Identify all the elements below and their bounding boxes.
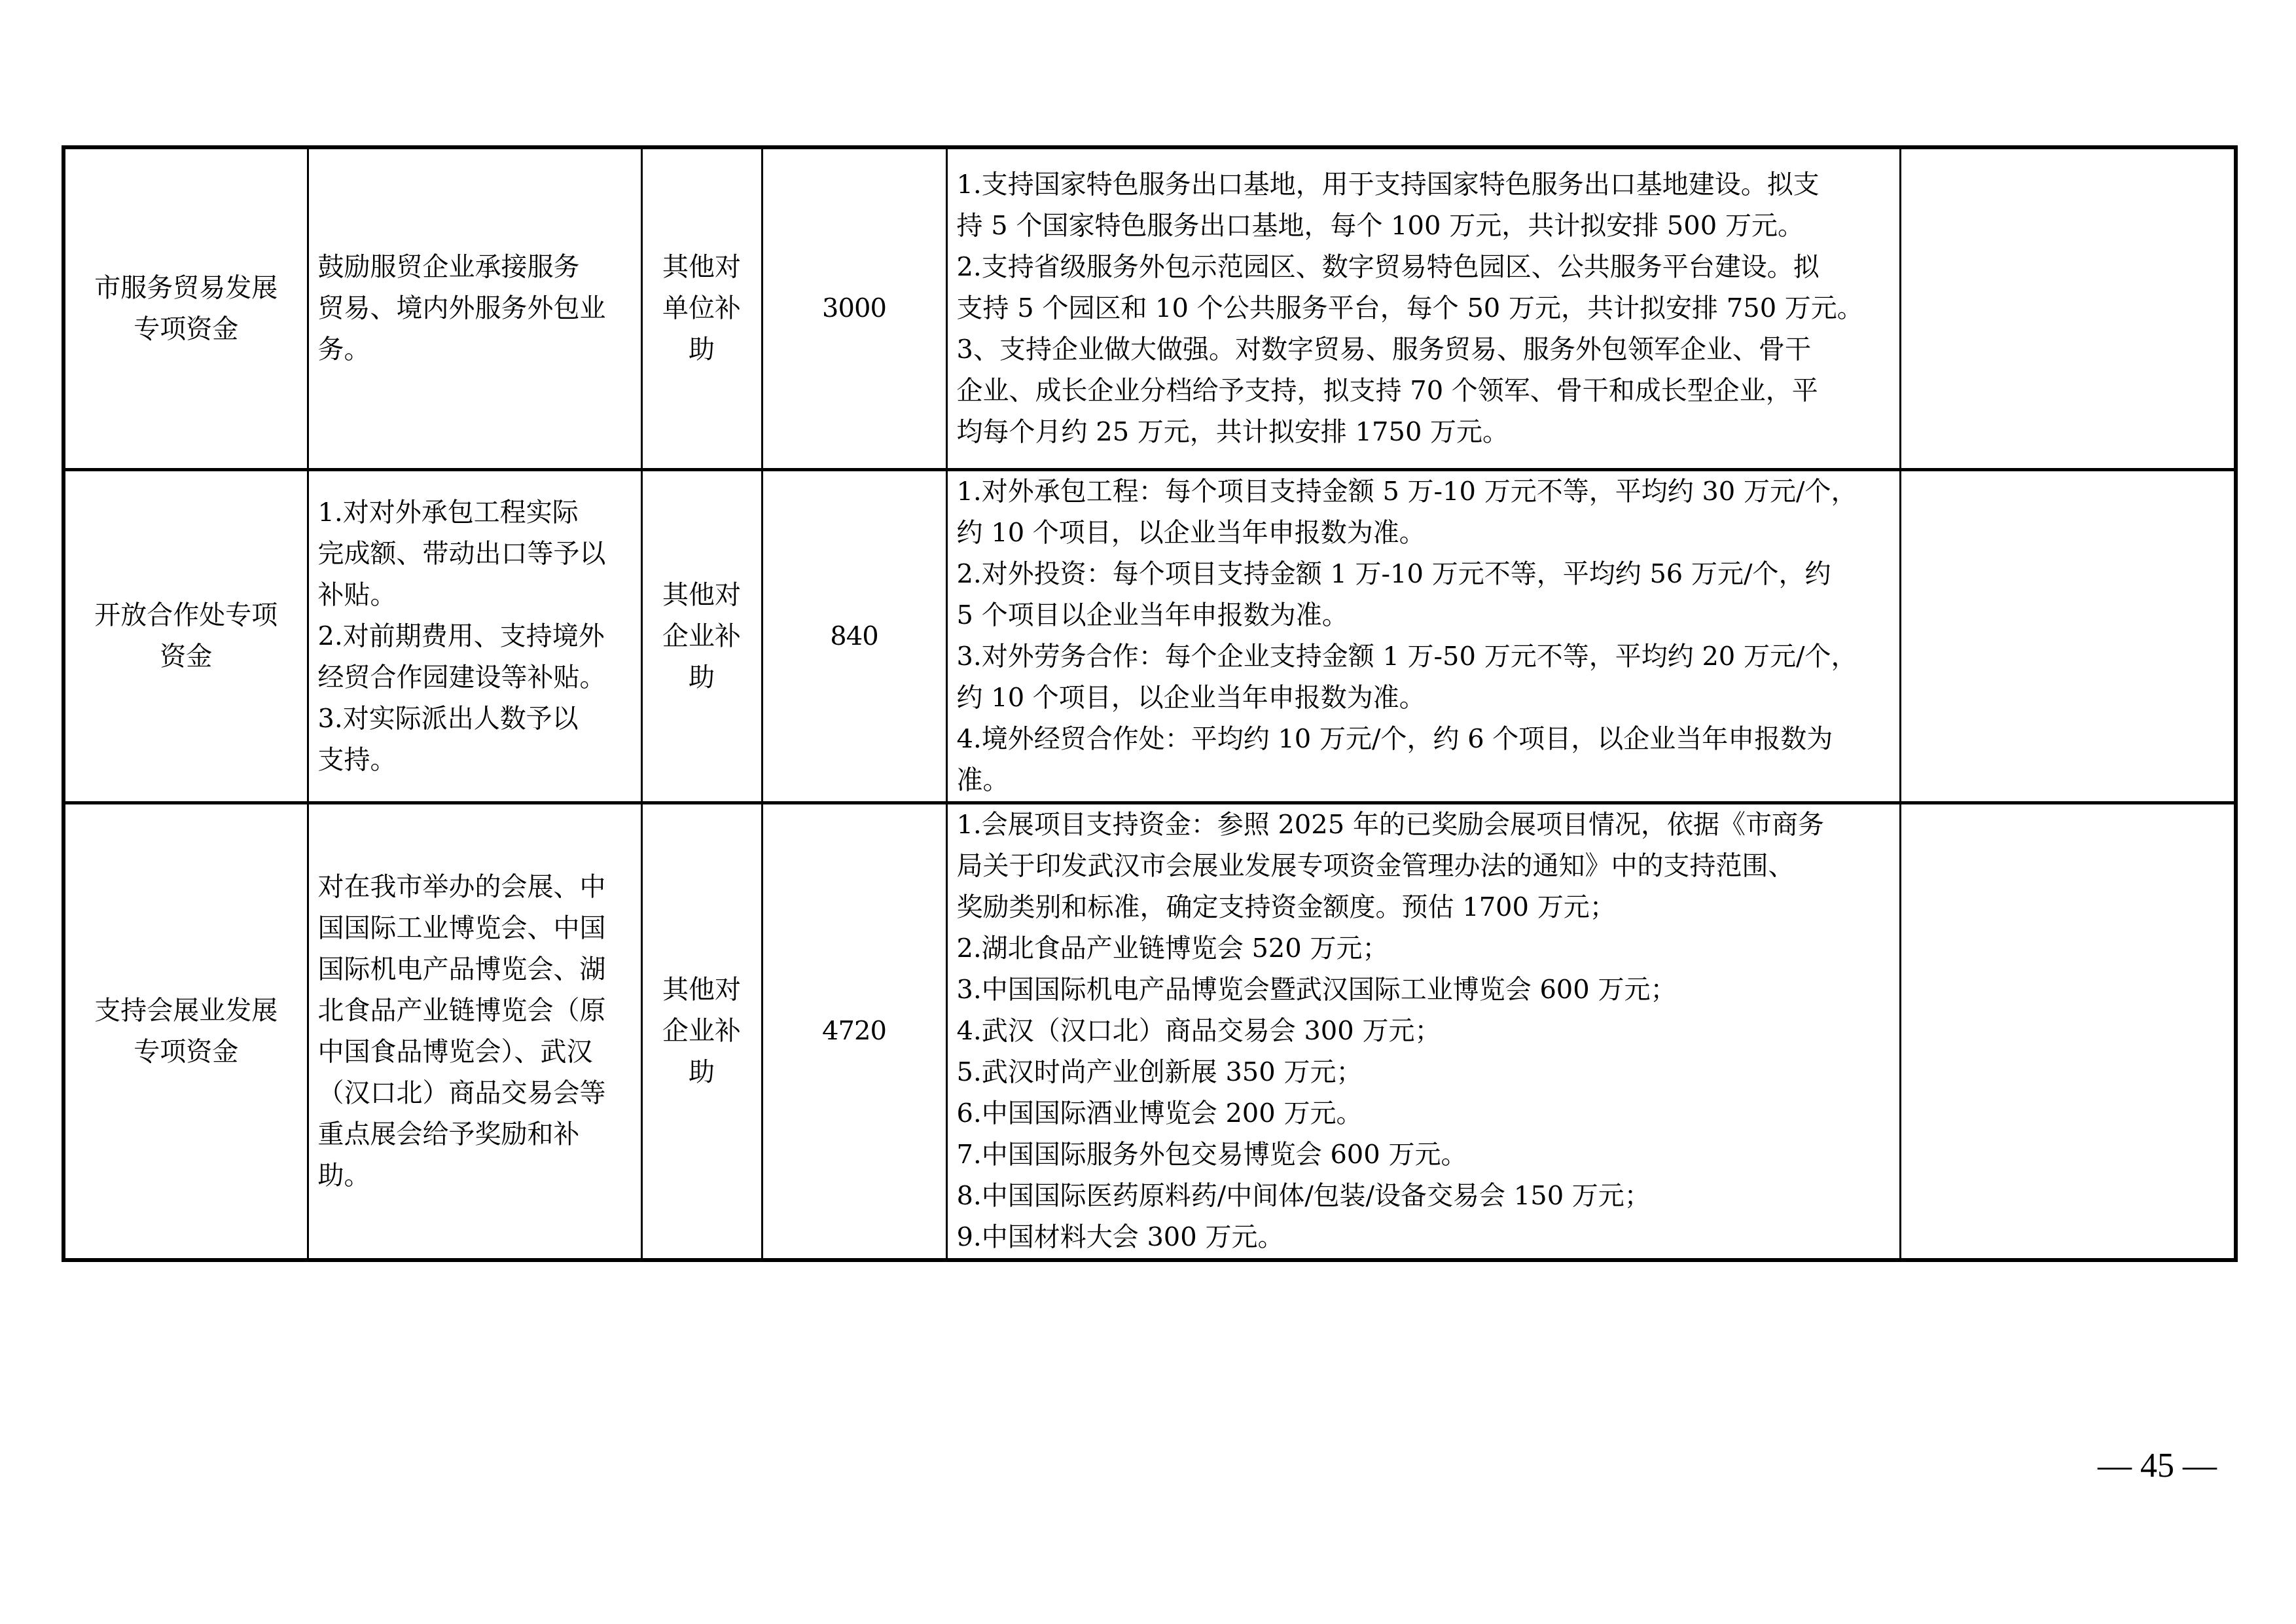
page-number: — 45 — [2098, 1447, 2217, 1485]
table-row: 支持会展业发展 专项资金 对在我市举办的会展、中 国国际工业博览会、中国 国际机… [63, 803, 2236, 1261]
allocation-detail-cell: 1.会展项目支持资金：参照 2025 年的已奖励会展项目情况，依据《市商务 局关… [946, 803, 1900, 1261]
expense-category-cell: 其他对 单位补 助 [641, 147, 762, 470]
fund-name-cell: 市服务贸易发展 专项资金 [63, 147, 308, 470]
fund-name-cell: 开放合作处专项 资金 [63, 470, 308, 803]
allocation-detail-cell: 1.支持国家特色服务出口基地，用于支持国家特色服务出口基地建设。拟支 持 5 个… [946, 147, 1900, 470]
fund-table: 市服务贸易发展 专项资金 鼓励服贸企业承接服务 贸易、境内外服务外包业 务。 其… [62, 145, 2238, 1262]
expense-category-cell: 其他对 企业补 助 [641, 803, 762, 1261]
expense-category-cell: 其他对 企业补 助 [641, 470, 762, 803]
amount-cell: 3000 [762, 147, 946, 470]
allocation-detail-cell: 1.对外承包工程：每个项目支持金额 5 万-10 万元不等，平均约 30 万元/… [946, 470, 1900, 803]
fund-purpose-cell: 1.对对外承包工程实际 完成额、带动出口等予以 补贴。 2.对前期费用、支持境外… [308, 470, 641, 803]
fund-purpose-cell: 鼓励服贸企业承接服务 贸易、境内外服务外包业 务。 [308, 147, 641, 470]
remark-cell [1900, 803, 2236, 1261]
amount-cell: 840 [762, 470, 946, 803]
table-row: 市服务贸易发展 专项资金 鼓励服贸企业承接服务 贸易、境内外服务外包业 务。 其… [63, 147, 2236, 470]
table-row: 开放合作处专项 资金 1.对对外承包工程实际 完成额、带动出口等予以 补贴。 2… [63, 470, 2236, 803]
amount-cell: 4720 [762, 803, 946, 1261]
fund-purpose-cell: 对在我市举办的会展、中 国国际工业博览会、中国 国际机电产品博览会、湖 北食品产… [308, 803, 641, 1261]
fund-name-cell: 支持会展业发展 专项资金 [63, 803, 308, 1261]
remark-cell [1900, 147, 2236, 470]
document-page: 市服务贸易发展 专项资金 鼓励服贸企业承接服务 贸易、境内外服务外包业 务。 其… [0, 0, 2296, 1624]
remark-cell [1900, 470, 2236, 803]
